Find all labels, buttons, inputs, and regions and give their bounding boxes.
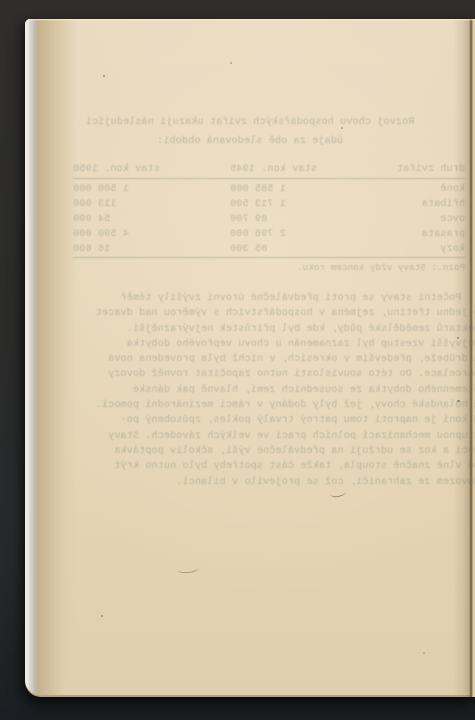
ghost-table-row: kozy 85 300 16 000 — [73, 242, 465, 257]
ghost-paragraph-line: ovcí a koz se udržují na předválečné výš… — [74, 444, 475, 459]
scanner-backdrop: Rozvoj chovu hospodářských zvířat ukazuj… — [0, 0, 475, 720]
ghost-table-row: ovce 89 700 54 000 — [73, 212, 465, 227]
ghost-table-cell: 1 585 000 — [230, 182, 355, 197]
ghost-table-header: stav kon. 1945 — [230, 162, 355, 178]
ghost-paragraph-line: dovozem ze zahraničí, což se projevilo v… — [74, 475, 475, 490]
ghost-paragraph-line: o jednu třetinu, zejména v hospodářstvíc… — [74, 306, 475, 321]
ghost-table-row: prasata 2 796 000 4 590 000 — [73, 227, 465, 242]
ghost-table-footnote: Pozn.: Stavy vždy koncem roku. — [73, 263, 465, 273]
ghost-heading: Rozvoj chovu hospodářských zvířat ukazuj… — [25, 113, 475, 151]
book-page: Rozvoj chovu hospodářských zvířat ukazuj… — [25, 19, 475, 697]
dust-speck — [457, 337, 459, 339]
ghost-table-header: druh zvířat — [355, 162, 465, 178]
ghost-table-cell: 1 713 500 — [230, 197, 355, 212]
ghost-table-body: koně 1 585 000 1 500 000 hříbata 1 713 5… — [73, 179, 465, 257]
ghost-table-cell: 89 700 — [230, 212, 355, 227]
ghost-table-cell: 54 000 — [73, 212, 230, 227]
ghost-paragraph: Početní stavy se proti předválečné úrovn… — [74, 291, 475, 490]
ghost-table-header-row: druh zvířat stav kon. 1945 stav kon. 195… — [73, 162, 465, 178]
dust-speck — [230, 62, 232, 64]
ghost-table-cell: hříbata — [355, 197, 465, 212]
ghost-table-cell: 16 000 — [73, 242, 230, 257]
dust-speck — [103, 75, 105, 77]
ghost-paragraph-line: U koní je naproti tomu patrný trvalý pok… — [74, 413, 475, 428]
ghost-paragraph-line: plemenného dobytka ze sousedních zemí, h… — [74, 383, 475, 398]
ghost-paragraph-line: parcelace. Do této souvislosti nutno zap… — [74, 367, 475, 382]
ghost-table: druh zvířat stav kon. 1945 stav kon. 195… — [73, 162, 465, 273]
ghost-table-rule — [73, 257, 465, 258]
ghost-table-cell: koně — [355, 182, 465, 197]
ghost-table-cell: prasata — [355, 227, 465, 242]
ghost-paragraph-line: po vlně značně stoupla, takže část spotř… — [74, 459, 475, 474]
ghost-heading-line: údaje za obě sledovaná období: — [25, 132, 475, 151]
ghost-paragraph-line: Početní stavy se proti předválečné úrovn… — [74, 291, 475, 306]
dust-speck — [101, 615, 103, 617]
ghost-heading-line: Rozvoj chovu hospodářských zvířat ukazuj… — [25, 113, 475, 132]
ghost-table-cell: 85 300 — [230, 242, 355, 257]
ghost-table-row: hříbata 1 713 500 113 000 — [73, 197, 465, 212]
ghost-paragraph-line: a drůbeže, především v okresích, v nichž… — [74, 352, 475, 367]
ghost-paragraph-line: stupnou mechanizací polních prací ve vel… — [74, 429, 475, 444]
dust-speck — [341, 127, 343, 129]
ghost-bleedthrough-layer: Rozvoj chovu hospodářských zvířat ukazuj… — [25, 19, 475, 695]
ghost-table-cell: 2 796 000 — [230, 227, 355, 242]
ghost-table-cell: kozy — [355, 242, 465, 257]
ghost-table-cell: ovce — [355, 212, 465, 227]
ghost-table-cell: 1 500 000 — [73, 182, 230, 197]
ghost-paragraph-line: Nejvyšší vzestup byl zaznamenán u chovu … — [74, 337, 475, 352]
ghost-table-cell: 4 590 000 — [73, 227, 230, 242]
ghost-paragraph-line: a holandské chovy, jež byly dodány v rám… — [74, 398, 475, 413]
dust-speck — [457, 400, 460, 402]
dust-speck — [423, 652, 425, 654]
ghost-table-cell: 113 000 — [73, 197, 230, 212]
ghost-table-row: koně 1 585 000 1 500 000 — [73, 182, 465, 197]
ghost-table-header: stav kon. 1950 — [73, 162, 230, 178]
ghost-paragraph-line: hektarů zemědělské půdy, kde byl přírůst… — [74, 322, 475, 337]
